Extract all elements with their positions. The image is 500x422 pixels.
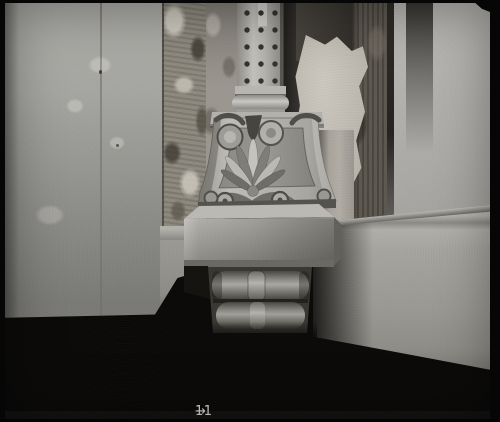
corbel-collar-upper	[248, 271, 265, 301]
photograph: →11	[0, 0, 500, 422]
caption-number: 11	[195, 404, 213, 420]
right-wall	[387, 3, 490, 219]
corner-dark-band	[406, 3, 433, 153]
photo-surface: →11	[0, 0, 500, 422]
corbel-bracket	[205, 267, 317, 340]
boss-right	[259, 121, 283, 145]
photo-border-right	[490, 0, 500, 422]
wall-speck	[116, 144, 119, 147]
wall-speck	[99, 70, 102, 74]
capital-bell	[198, 112, 336, 213]
corner-shadow-line	[387, 3, 394, 219]
left-wall	[5, 3, 162, 321]
column-assembly	[170, 0, 350, 340]
wall-seam-line	[100, 3, 102, 321]
photo-border-left	[0, 0, 5, 422]
photo-border-top	[0, 0, 500, 3]
